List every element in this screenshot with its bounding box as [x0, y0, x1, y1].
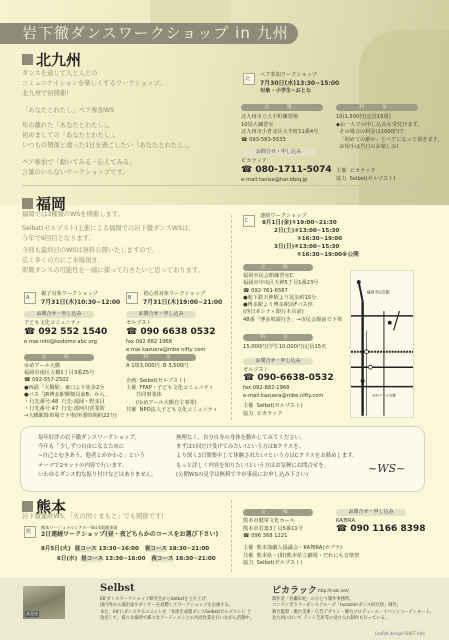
venue-label: 会 場	[241, 104, 323, 111]
fukuoka-intro3: 今回も最終日のWSは無料公開いたしますので、 広く多くの方にご来場頂き、 即興ダ…	[22, 246, 204, 276]
kitakyushu-fee: 1組1,500円(定員15組) ◆お一人での申し込みも受付けます。 その場合の料…	[336, 114, 443, 152]
event-c-schedule-1: 8月1日(金)①19:00~21:30	[262, 220, 337, 228]
access-map: 福岡市民会館 ゆめアール大橋	[350, 270, 414, 418]
fee-label-ab: 料 金	[126, 354, 196, 361]
kitakyushu-desc: 年の離れた「あなたとわたし」。 初めましての「あなたとわたし」。 いつもの関係と…	[22, 121, 193, 151]
contact-phone-c[interactable]: ☎ 090-6638-0532	[243, 373, 334, 383]
info-left: 毎年好評の岩下徹ダンスワークショップ。 今年も「少しずつ自由になるために ~自己…	[38, 434, 157, 480]
kumamoto-intro: 岩下徹連続WS、「火の国くまもと」でも開催です!	[22, 512, 164, 522]
contact-fax-c[interactable]: fax.092-882-1968 e-mail:kazuera@mbe.nift…	[243, 385, 323, 400]
pikarack-text: 制作者「谷瀬未紀」のひとり制作事務所。 コンテンポラリーダンスグループ「hora…	[272, 597, 434, 623]
map-icon: 福岡市民会館 ゆめアール大橋	[351, 271, 413, 417]
square-bullet-icon	[22, 198, 33, 209]
contact-label-c: お問合せ・申し込み	[243, 358, 313, 365]
venue-label-c: 会 場	[243, 264, 313, 271]
contact-fax-b[interactable]: fax 092 882 1968 e mai kazuera@mbe nifty…	[126, 339, 205, 354]
kitakyushu-organizer: 主催 ピカラック 協力 Selbst(ゼルプスト)	[336, 168, 395, 183]
contact-phone-a[interactable]: ☎ 092 552 1540	[24, 327, 107, 337]
fukuoka-intro: 福岡では3種類のWSを開催します。	[22, 210, 124, 220]
contact-phone[interactable]: ☎ 080-1711-5074	[241, 165, 332, 175]
kumamoto-row-2: 6日(水) 昼コース 13:30~16:00 夜コース 18:30~21:00	[57, 556, 216, 564]
venue-c: 福岡市民会館練習室C 福岡市中央区天神5丁目1番23号 ☎ 092-761-65…	[243, 273, 342, 324]
selbst-text: 00'ダンスワークショップ研究会からSelbstを立ち上げ、 国内外から演出家や…	[100, 597, 254, 623]
kitakyushu-intro: ダンスを通して人と人との コミュニケイションを楽しくするワークショップ。 北九州…	[22, 69, 166, 99]
fee-label-c: 料 金	[243, 334, 313, 341]
contact-email[interactable]: e-mail:tanise@har.bbiq.jp	[241, 177, 307, 185]
column-divider-kuma	[231, 500, 232, 572]
event-a: 親子対象ワークショップ 7月31日(木)10:30~12:00	[41, 291, 120, 307]
square-bullet-icon	[22, 54, 33, 65]
info-right: 無理なく、自分自身の身体を動かしてみてください。 まずは1回だけ受けてみたい!と…	[176, 434, 358, 480]
event-tag-b: B	[126, 292, 138, 304]
contact-label-kuma: お問合せ・申し込み	[336, 509, 406, 516]
column-divider	[231, 215, 232, 420]
kitakyushu-ws-name: 「あなたとわたし」ペア参加WS	[22, 106, 114, 116]
contact-label-a: お問合せ・申し込み	[24, 311, 94, 318]
section-divider	[22, 185, 427, 186]
kitakyushu-event: ペア参加ワークショップ 7月30日(水)13:30~15:00 対象・小学生~お…	[260, 72, 339, 96]
ws-signature-logo: ~WS~	[368, 462, 405, 475]
venue-label-kuma: 会 場	[243, 509, 313, 516]
pikarack-name: ピカラック	[272, 583, 317, 596]
contact-phone-kuma[interactable]: ☎ 090 1166 8398	[336, 524, 426, 534]
venue-label-ab: 会 場	[24, 354, 94, 361]
design-credit: Leaflet design:SHIFT-Arts	[375, 630, 425, 638]
fee-label: 料 金	[336, 104, 418, 111]
event-c-schedule-4: 3日(日)④13:00~15:30	[274, 244, 339, 252]
flyer-page: 岩下徹ダンスワークショップ in 九州 北九州 ダンスを通して人と人との コミュ…	[0, 0, 449, 640]
event-tag-c: C	[243, 215, 255, 227]
org-ab: 企画 Selbst(ゼルプスト) 主催 FFAP・子ども文化コミュニティ 共同事…	[126, 378, 218, 414]
contact-label-b: お問合せ・申し込み	[126, 311, 196, 318]
selbst-name: Selbst	[100, 583, 135, 594]
svg-text:ゆめアール大橋: ゆめアール大橋	[372, 392, 396, 397]
contact-email-a[interactable]: e mai info@kodomo abc org	[24, 339, 97, 347]
fee-ab: A 1組3,000円 B 3,500円	[126, 363, 188, 371]
kumamoto-name: 2日連続ワークショップ(昼・夜どちらかのコースをお選び下さい)	[41, 531, 218, 539]
kitakyushu-venue: 北九州市立大手町練習場 10周大練習室 北九州市小倉北区大手町11番4号 ☎ 0…	[241, 114, 318, 144]
contact-phone-b[interactable]: ☎ 090 6638 0532	[126, 327, 216, 337]
event-b: 初心者対象ワークショップ 7月31日(木)19:00~21:00	[143, 291, 222, 307]
kitakyushu-desc2: ペア参加で「動いてみる・伝えてみる」 言葉のいらないワークショップです。	[22, 158, 135, 178]
svg-text:福岡市民会館: 福岡市民会館	[367, 290, 390, 295]
selbst-photo: 高見屋	[23, 586, 65, 619]
event-c-schedule-2: 2日(土)②13:00~15:30	[274, 228, 339, 236]
page-title: 岩下徹ダンスワークショップ in 九州	[0, 23, 298, 44]
event-tag-a: A	[24, 292, 36, 304]
square-bullet-icon	[22, 501, 33, 512]
fukuoka-intro2: Selbst(ゼルプスト)主催による福岡での岩下徹ダンスWSは、 今年で6回目と…	[22, 224, 195, 244]
event-tag-kuma: 熊	[24, 526, 36, 538]
org-c: 主催 Selbst(ゼルプスト) 協力 ピカラック	[243, 403, 302, 418]
event-c-schedule-5: ⑤16:30~19:00※公開	[297, 252, 359, 260]
section-title-kitakyushu: 北九州	[22, 49, 81, 70]
venue-kuma: 熊本市健軍文化ホール 熊本市若葉3丁目5番11号 ☎ 096 368 1221	[243, 518, 303, 541]
event-c-schedule-3: ③16:30~19:00	[297, 236, 342, 244]
venue-ab: ゆめアール大橋 福岡市南区大橋1丁目3番25号 ☎ 092-557-2502 ●…	[24, 363, 117, 421]
fee-c: 15,000円(学生10,000円)定員15名	[243, 344, 326, 352]
pikarack-url[interactable]: http://t-atc.net/	[318, 587, 349, 595]
event-tag-kita: 北	[243, 73, 255, 85]
kumamoto-row-1: 8月5日(火) 昼コース 13:30~16:00 夜コース 18:30~21:0…	[41, 546, 209, 554]
contact-label: お問合せ・申し込み	[241, 149, 316, 156]
org-kuma: 主催 熊本演劇人協議会・KA舞RA(カブラ) 共催 熊本県・(財)熊本県立劇場・…	[243, 545, 359, 568]
